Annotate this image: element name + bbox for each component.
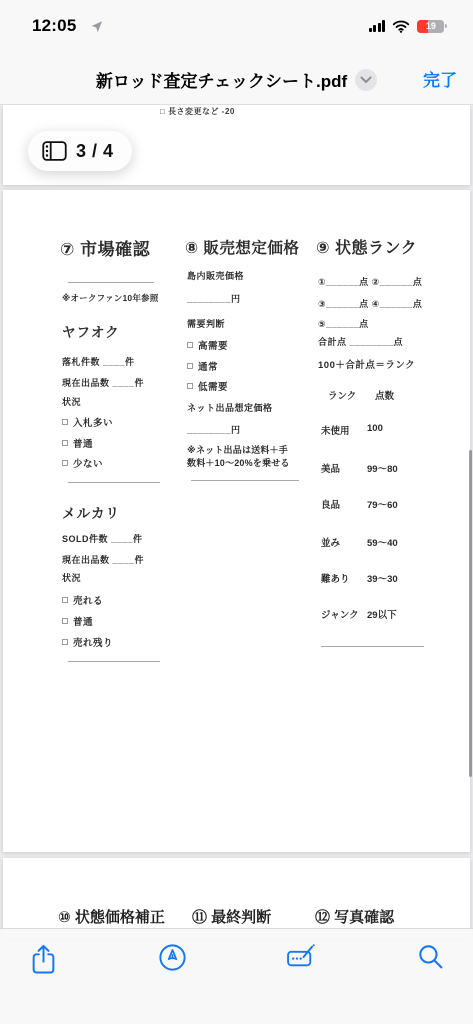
divider (321, 646, 424, 647)
search-button[interactable] (408, 943, 452, 987)
rank-score: 39～30 (367, 571, 398, 585)
rank-name: 並み (321, 535, 367, 549)
mercari-title: メルカリ (62, 502, 120, 522)
rank-name: 良品 (321, 497, 367, 511)
next-page-header-fragment: ⑫ 写真確認 (315, 906, 394, 927)
yahoo-status-label: 状況 (62, 395, 81, 408)
rank-score: 29以下 (367, 607, 397, 621)
island-price-blank: ________円 (187, 292, 241, 305)
bottom-toolbar (0, 928, 473, 1024)
pdf-page-3: ⑦ 市場確認 ※オークファン10年参照 ヤフオク 落札件数 ____件 現在出品… (3, 190, 470, 852)
rank-column-header: ランク (328, 388, 375, 402)
share-icon (30, 943, 57, 976)
scrollbar[interactable] (469, 450, 472, 777)
next-page-header-fragment: ⑩ 状態価格補正 (58, 906, 165, 927)
mercari-sold-count-field: SOLD件数 ____件 (62, 532, 143, 545)
pdf-page-4-fragment: ⑩ 状態価格補正 ⑪ 最終判断 ⑫ 写真確認 (3, 858, 470, 938)
island-price-label: 島内販売価格 (187, 269, 244, 282)
checkbox-label: 通常 (198, 359, 218, 373)
mercari-status-label: 状況 (62, 571, 81, 584)
checkbox-label: 売れる (73, 593, 103, 607)
rank-name: 未使用 (321, 423, 367, 437)
thumbnails-icon (42, 141, 67, 161)
page-indicator[interactable]: 3 / 4 (28, 131, 132, 171)
rank-table-row: 並み 59～40 (321, 535, 398, 549)
rank-score: 79～60 (367, 497, 398, 511)
markup-pen-icle-icon (158, 943, 187, 972)
yahoo-listing-count-field: 現在出品数 ____件 (62, 376, 144, 389)
checkbox-icon (62, 597, 68, 603)
cellular-signal-icon (369, 20, 386, 32)
net-listing-price-blank: ________円 (187, 423, 241, 436)
markup-button[interactable] (150, 943, 194, 987)
location-arrow-icon (90, 20, 103, 33)
done-button[interactable]: 完了 (423, 66, 457, 91)
net-listing-note-line2: 数料＋10～20%を乗せる (187, 456, 290, 469)
column-condition-rank: ⑨ 状態ランク ①______点 ②______点 ③______点 ④____… (316, 190, 451, 852)
signature-icon (286, 943, 317, 970)
next-page-header-fragment: ⑪ 最終判断 (192, 906, 271, 927)
search-icon (417, 943, 444, 970)
divider (68, 661, 160, 662)
checkbox-icon (187, 342, 193, 348)
rank-table-row: 未使用 100 (321, 423, 383, 437)
yahoo-bid-count-field: 落札件数 ____件 (62, 355, 135, 368)
rank-name: 難あり (321, 571, 367, 585)
checkbox-icon (62, 440, 68, 446)
section-8-header: ⑧ 販売想定価格 (185, 236, 299, 258)
checkbox-icon (62, 419, 68, 425)
section-9-header: ⑨ 状態ランク (316, 235, 417, 258)
checkbox-icon (62, 618, 68, 624)
net-listing-price-label: ネット出品想定価格 (187, 401, 273, 414)
top-chrome: 12:05 19 (0, 0, 473, 105)
rank-name: 美品 (321, 461, 367, 475)
checkbox-label: 入札多い (73, 415, 113, 429)
wifi-icon (392, 19, 410, 33)
checkbox-icon (62, 460, 68, 466)
checkbox-icon (187, 363, 193, 369)
share-button[interactable] (21, 943, 65, 987)
demand-judgement-label: 需要判断 (187, 317, 225, 330)
iphone-screen: 12:05 19 (0, 0, 473, 1024)
rank-table-row: 美品 99～80 (321, 461, 398, 475)
prev-page-text-fragment: □ 長さ変更など -20 (160, 106, 235, 117)
aucfan-note: ※オークファン10年参照 (62, 292, 158, 304)
divider (68, 282, 154, 283)
battery-percent: 19 (417, 20, 444, 33)
rank-score: 59～40 (367, 535, 398, 549)
status-bar: 12:05 19 (0, 0, 473, 54)
rank-name: ジャンク (321, 607, 367, 621)
checkbox-icon (62, 639, 68, 645)
rank-score: 100 (367, 423, 383, 437)
column-expected-price: ⑧ 販売想定価格 島内販売価格 ________円 需要判断 高需要 通常 低需… (185, 190, 315, 852)
section-7-header: ⑦ 市場確認 (60, 235, 150, 260)
checkbox-label: 普通 (73, 614, 93, 628)
title-menu-button[interactable] (355, 69, 377, 91)
checkbox-label: 低需要 (198, 379, 228, 393)
rank-table-row: 良品 79～60 (321, 497, 398, 511)
signature-button[interactable] (279, 943, 323, 987)
divider (191, 480, 299, 481)
score-line-2: ③______点 ④______点 (318, 297, 422, 310)
pdf-viewport[interactable]: □ 長さ変更など -20 3 / 4 ⑦ 市場確認 ※オークファン10年参照 ヤ… (0, 105, 473, 1024)
score-line-3: ⑤______点 (318, 317, 369, 330)
rank-table-row: 難あり 39～30 (321, 571, 398, 585)
mercari-listing-count-field: 現在出品数 ____件 (62, 553, 144, 566)
net-listing-note-line1: ※ネット出品は送料＋手 (187, 443, 288, 456)
rank-table-row: ジャンク 29以下 (321, 607, 397, 621)
checkbox-label: 少ない (73, 456, 103, 470)
checkbox-label: 普通 (73, 436, 93, 450)
checkbox-label: 高需要 (198, 338, 228, 352)
page-indicator-label: 3 / 4 (76, 141, 114, 162)
nav-bar: 新ロッド査定チェックシート.pdf 完了 (0, 54, 473, 105)
score-line-1: ①______点 ②______点 (318, 275, 422, 288)
checkbox-icon (187, 383, 193, 389)
clock: 12:05 (32, 16, 76, 36)
score-column-header: 点数 (375, 388, 394, 402)
checkbox-label: 売れ残り (73, 635, 113, 649)
yahoo-auction-title: ヤフオク (62, 321, 120, 341)
rank-table-header: ランク 点数 (328, 388, 394, 402)
total-score-line: 合計点 ________点 (318, 335, 403, 348)
document-title: 新ロッド査定チェックシート.pdf (96, 67, 347, 92)
chevron-down-icon (360, 76, 372, 84)
rank-formula: 100＋合計点＝ランク (318, 357, 415, 371)
rank-score: 99～80 (367, 461, 398, 475)
battery-icon: 19 (417, 20, 447, 33)
column-market-check: ⑦ 市場確認 ※オークファン10年参照 ヤフオク 落札件数 ____件 現在出品… (60, 190, 190, 852)
divider (68, 482, 160, 483)
